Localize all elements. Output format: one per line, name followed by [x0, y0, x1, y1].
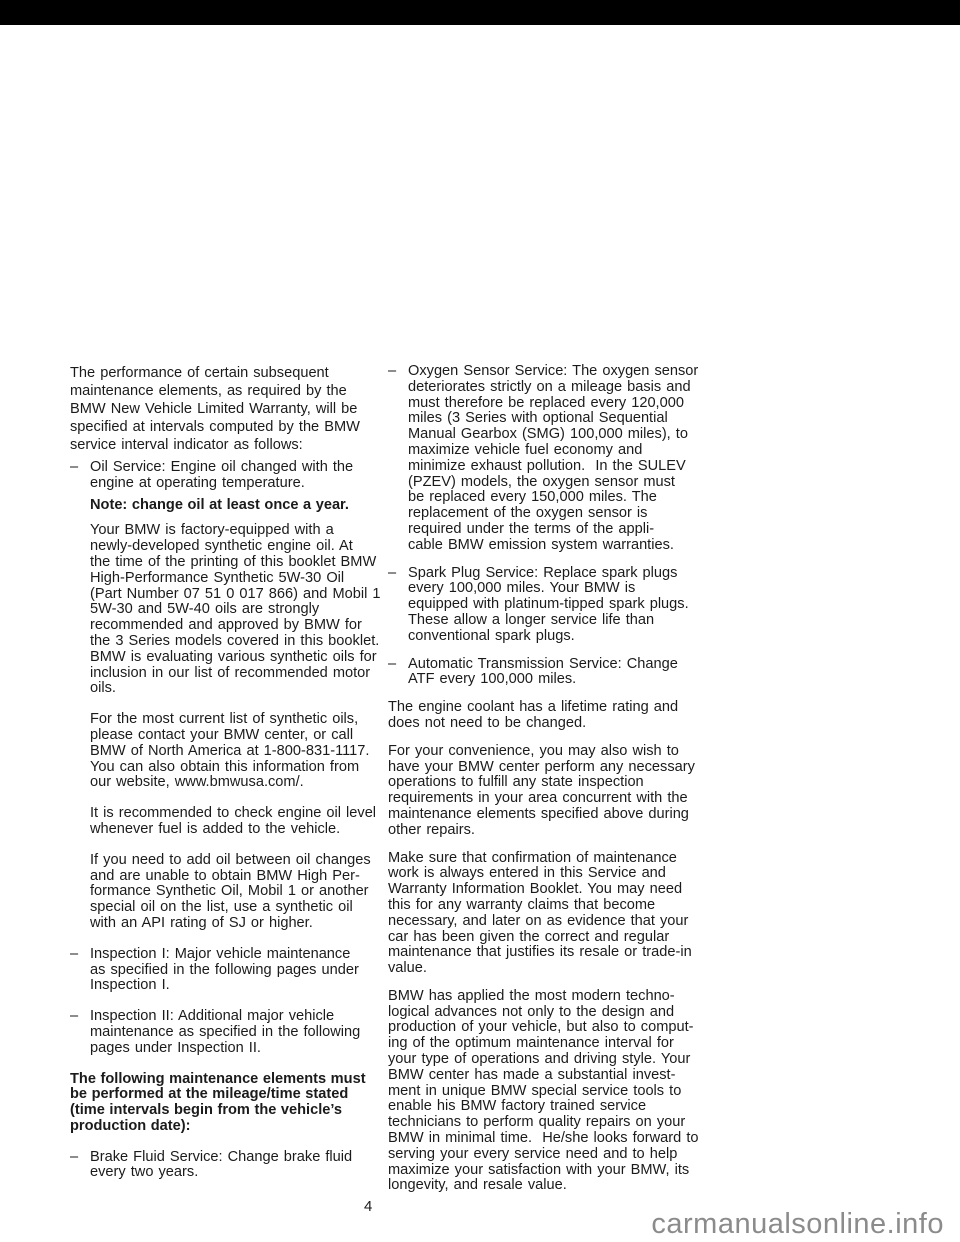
text-line: (time intervals begin from the vehicle’s [70, 1103, 366, 1119]
text-line: maximize vehicle fuel economy and [408, 443, 698, 459]
text-line: service interval indicator as follows: [70, 436, 366, 454]
bullet-dash: – [70, 460, 90, 492]
text-line: BMW in minimal time. He/she looks forwar… [388, 1131, 690, 1147]
bullet-item: –Oil Service: Engine oil changed with th… [70, 460, 366, 492]
text-line: miles (3 Series with optional Sequential [408, 411, 698, 427]
text-line: Make sure that confirmation of maintenan… [388, 851, 690, 867]
text-line: maintenance as specified in the followin… [90, 1025, 366, 1041]
paragraph: BMW has applied the most modern techno-l… [388, 989, 690, 1194]
text-line: car has been given the correct and regul… [388, 930, 690, 946]
text-line: with an API rating of SJ or higher. [90, 916, 366, 932]
page-number: 4 [364, 1198, 372, 1215]
text-line: logical advances not only to the design … [388, 1005, 690, 1021]
text-line: the time of the printing of this booklet… [90, 555, 366, 571]
text-line: (Part Number 07 51 0 017 866) and Mobil … [90, 587, 366, 603]
text-line: value. [388, 961, 690, 977]
text-line: specified at intervals computed by the B… [70, 418, 366, 436]
text-line: inclusion in our list of recommended mot… [90, 666, 366, 682]
text-line: enable his BMW factory trained service [388, 1099, 690, 1115]
text-line: production of your vehicle, but also to … [388, 1020, 690, 1036]
text-line: required under the terms of the appli- [408, 522, 698, 538]
text-line: oils. [90, 681, 366, 697]
text-line: must therefore be replaced every 120,000 [408, 396, 698, 412]
text-line: longevity, and resale value. [388, 1178, 690, 1194]
text-line: maintenance elements specified above dur… [388, 807, 690, 823]
text-line: our website, www.bmwusa.com/. [90, 775, 366, 791]
text-line: have your BMW center perform any necessa… [388, 760, 690, 776]
text-line: replacement of the oxygen sensor is [408, 506, 698, 522]
text-line: as specified in the following pages unde… [90, 963, 366, 979]
text-line: technicians to perform quality repairs o… [388, 1115, 690, 1131]
text-line: The engine coolant has a lifetime rating… [388, 700, 690, 716]
text-line: deteriorates strictly on a mileage basis… [408, 380, 698, 396]
text-line: Manual Gearbox (SMG) 100,000 miles), to [408, 427, 698, 443]
bullet-text: Brake Fluid Service: Change brake fluide… [90, 1150, 366, 1182]
paragraph: If you need to add oil between oil chang… [70, 853, 366, 932]
bullet-item: –Spark Plug Service: Replace spark plugs… [388, 566, 690, 645]
paragraph: Note: change oil at least once a year. [70, 498, 366, 514]
bullet-text: Spark Plug Service: Replace spark plugse… [408, 566, 690, 645]
text-line: and are unable to obtain BMW High Per- [90, 869, 366, 885]
bullet-item: –Oxygen Sensor Service: The oxygen senso… [388, 364, 690, 554]
text-line: other repairs. [388, 823, 690, 839]
text-line: engine at operating temperature. [90, 476, 366, 492]
watermark: carmanualsonline.info [651, 1208, 944, 1241]
text-line: does not need to be changed. [388, 716, 690, 732]
text-line: Inspection I. [90, 978, 366, 994]
text-line: conventional spark plugs. [408, 629, 690, 645]
bullet-text: Automatic Transmission Service: ChangeAT… [408, 657, 690, 689]
text-line: maintenance that justifies its resale or… [388, 945, 690, 961]
bullet-dash: – [388, 364, 408, 554]
text-line: (PZEV) models, the oxygen sensor must [408, 475, 698, 491]
text-line: production date): [70, 1119, 366, 1135]
text-line: serving your every service need and to h… [388, 1147, 690, 1163]
paragraph: It is recommended to check engine oil le… [70, 806, 366, 838]
text-line: formance Synthetic Oil, Mobil 1 or anoth… [90, 884, 366, 900]
text-line: recommended and approved by BMW for [90, 618, 366, 634]
text-line: Inspection I: Major vehicle maintenance [90, 947, 366, 963]
text-line: The performance of certain subsequent [70, 364, 366, 382]
text-line: cable BMW emission system warranties. [408, 538, 698, 554]
text-line: BMW has applied the most modern techno- [388, 989, 690, 1005]
scan-edge-bar [0, 0, 960, 25]
text-line: be replaced every 150,000 miles. The [408, 490, 698, 506]
bullet-text: Oxygen Sensor Service: The oxygen sensor… [408, 364, 698, 554]
bullet-dash: – [70, 1009, 90, 1056]
paragraph: The engine coolant has a lifetime rating… [388, 700, 690, 732]
text-line: equipped with platinum-tipped spark plug… [408, 597, 690, 613]
text-line: Brake Fluid Service: Change brake fluid [90, 1150, 366, 1166]
text-line: BMW of North America at 1-800-831-1117. [90, 744, 366, 760]
paragraph: Make sure that confirmation of maintenan… [388, 851, 690, 977]
text-line: special oil on the list, use a synthetic… [90, 900, 366, 916]
text-line: Spark Plug Service: Replace spark plugs [408, 566, 690, 582]
text-line: The following maintenance elements must [70, 1072, 366, 1088]
bullet-text: Inspection II: Additional major vehiclem… [90, 1009, 366, 1056]
text-line: For your convenience, you may also wish … [388, 744, 690, 760]
text-line: the 3 Series models covered in this book… [90, 634, 366, 650]
text-line: BMW center has made a substantial invest… [388, 1068, 690, 1084]
text-line: newly-developed synthetic engine oil. At [90, 539, 366, 555]
text-line: High-Performance Synthetic 5W-30 Oil [90, 571, 366, 587]
text-line: be performed at the mileage/time stated [70, 1087, 366, 1103]
bullet-text: Oil Service: Engine oil changed with the… [90, 460, 366, 492]
text-line: Inspection II: Additional major vehicle [90, 1009, 366, 1025]
paragraph: The performance of certain subsequentmai… [70, 364, 366, 454]
text-line: minimize exhaust pollution. In the SULEV [408, 459, 698, 475]
text-line: this for any warranty claims that become [388, 898, 690, 914]
text-line: Your BMW is factory-equipped with a [90, 523, 366, 539]
text-line: every 100,000 miles. Your BMW is [408, 581, 690, 597]
paragraph: The following maintenance elements mustb… [70, 1072, 366, 1135]
bullet-text: Inspection I: Major vehicle maintenancea… [90, 947, 366, 994]
text-line: These allow a longer service life than [408, 613, 690, 629]
text-line: requirements in your area concurrent wit… [388, 791, 690, 807]
text-line: It is recommended to check engine oil le… [90, 806, 366, 822]
text-line: Note: change oil at least once a year. [90, 498, 366, 514]
bullet-dash: – [388, 657, 408, 689]
bullet-dash: – [388, 566, 408, 645]
text-line: Oxygen Sensor Service: The oxygen sensor [408, 364, 698, 380]
text-line: If you need to add oil between oil chang… [90, 853, 366, 869]
text-line: BMW New Vehicle Limited Warranty, will b… [70, 400, 366, 418]
text-line: pages under Inspection II. [90, 1041, 366, 1057]
bullet-item: –Brake Fluid Service: Change brake fluid… [70, 1150, 366, 1182]
bullet-dash: – [70, 1150, 90, 1182]
text-line: BMW is evaluating various synthetic oils… [90, 650, 366, 666]
bullet-dash: – [70, 947, 90, 994]
text-line: ing of the optimum maintenance interval … [388, 1036, 690, 1052]
text-line: whenever fuel is added to the vehicle. [90, 822, 366, 838]
text-line: your type of operations and driving styl… [388, 1052, 690, 1068]
text-line: For the most current list of synthetic o… [90, 712, 366, 728]
text-line: 5W-30 and 5W-40 oils are strongly [90, 602, 366, 618]
text-line: ATF every 100,000 miles. [408, 672, 690, 688]
paragraph: Your BMW is factory-equipped with anewly… [70, 523, 366, 697]
text-line: necessary, and later on as evidence that… [388, 914, 690, 930]
text-line: Warranty Information Booklet. You may ne… [388, 882, 690, 898]
paragraph: For the most current list of synthetic o… [70, 712, 366, 791]
text-line: work is always entered in this Service a… [388, 866, 690, 882]
text-line: every two years. [90, 1165, 366, 1181]
left-column: The performance of certain subsequentmai… [70, 364, 366, 1196]
text-line: Automatic Transmission Service: Change [408, 657, 690, 673]
text-line: maximize your satisfaction with your BMW… [388, 1163, 690, 1179]
text-line: Oil Service: Engine oil changed with the [90, 460, 366, 476]
text-line: operations to fulfill any state inspecti… [388, 775, 690, 791]
bullet-item: –Inspection I: Major vehicle maintenance… [70, 947, 366, 994]
text-line: maintenance elements, as required by the [70, 382, 366, 400]
text-line: You can also obtain this information fro… [90, 760, 366, 776]
right-column: –Oxygen Sensor Service: The oxygen senso… [388, 364, 690, 1206]
text-line: please contact your BMW center, or call [90, 728, 366, 744]
bullet-item: –Automatic Transmission Service: ChangeA… [388, 657, 690, 689]
paragraph: For your convenience, you may also wish … [388, 744, 690, 839]
text-line: ment in unique BMW special service tools… [388, 1084, 690, 1100]
bullet-item: –Inspection II: Additional major vehicle… [70, 1009, 366, 1056]
